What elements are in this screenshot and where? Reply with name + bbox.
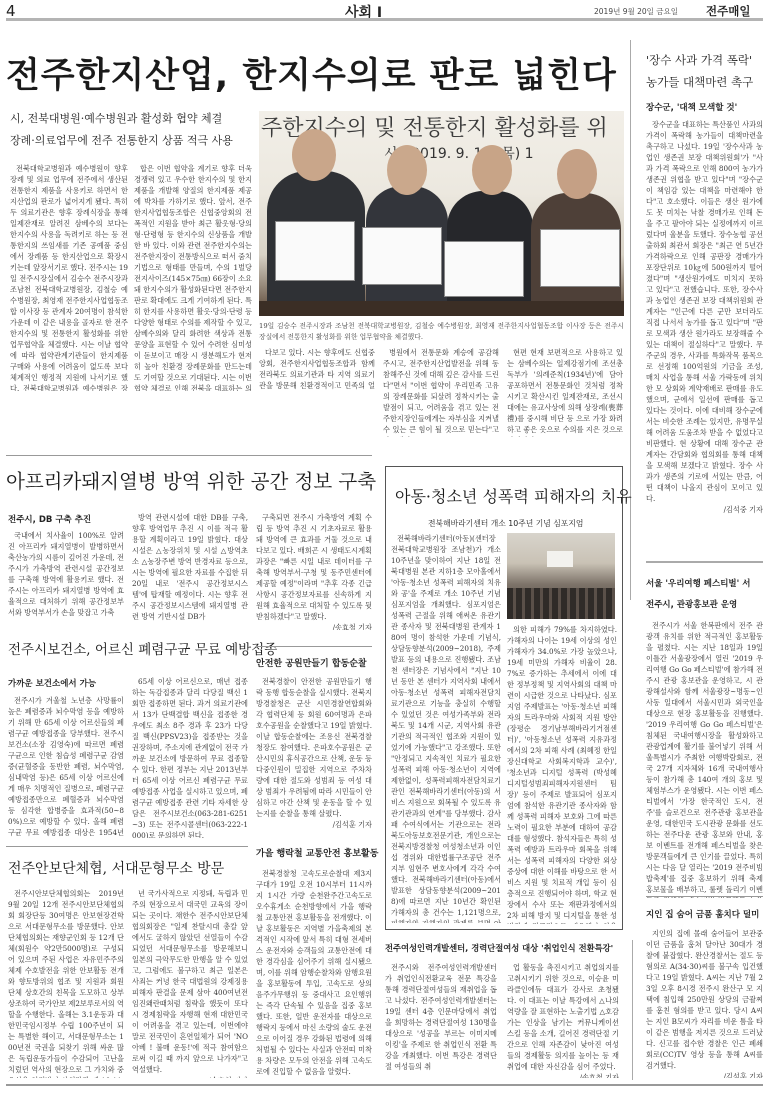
- child-headline: 아동·청소년 성폭력 피해자의 치유: [395, 484, 632, 507]
- traffic-body: 전북경찰청 고속도로순찰대 제3지구대가 19일 오전 10시부터 11시까지 …: [256, 868, 372, 1078]
- theft-top-rule: [646, 896, 763, 897]
- apple-headline-2: 농가들 대책마련 촉구: [646, 74, 753, 90]
- asf-headline: 아프리카돼지열병 방역 위한 공간 정보 구축: [6, 466, 376, 494]
- right-lower-divider: [632, 940, 633, 1080]
- security-col-2: 년 국가사적으로 지정돼, 독립과 민주의 현장으로서 대국민 교육의 장이 되…: [132, 888, 248, 1078]
- park-body: 전북경찰이 안전한 공원만들기 행락 동행 합동순찰을 실시했다. 전북지방경찰…: [256, 676, 372, 838]
- child-col-2: 의한 피해가 79%를 차지하였다. 가해자의 나이는 19세 이상의 성인 가…: [507, 624, 617, 924]
- vaccine-subhead: 가까운 보건소에서 가능: [8, 677, 96, 689]
- agreement-doc-4: [540, 229, 620, 287]
- theft-byline: /김석훈 기자: [646, 1071, 763, 1078]
- seoul-body: 전주시가 서울 한복판에서 전주 관광객 유치를 위한 적극적인 홍보활동을 펼…: [646, 620, 763, 898]
- main-col-5: 현편 현재 보편적으로 사용하고 있는 삼베수의는 일제강점기에 조선총독부가 …: [507, 347, 623, 437]
- projector-screen: [547, 551, 573, 567]
- agreement-doc-1: [275, 221, 355, 281]
- main-photo: 주한지수의 및 전통한지 활성화를 위 시 : 2019. 9. 19.(목) …: [259, 111, 624, 316]
- main-col-4: 병원에서 전통문화 계승에 공감해주시고, 전주한지산업발전을 위해 동참해주신…: [383, 347, 499, 437]
- audience: [507, 588, 615, 619]
- women-headline: 전주여성인력개발센터, 경력단절여성 대상 '취업인식 전환특강': [385, 942, 613, 954]
- person-3-head: [472, 145, 512, 195]
- vaccine-headline: 전주시보건소, 어르신 폐렴구균 무료 예방접종: [8, 638, 277, 658]
- person-1-head: [292, 129, 336, 181]
- park-byline: /김석훈 기자: [256, 819, 372, 830]
- sidebar-divider: [630, 40, 631, 600]
- apple-subhead: 장수군, '대책 모색할 것': [646, 101, 737, 113]
- apple-byline: /김석중 기자: [646, 504, 763, 515]
- agreement-doc-2: [362, 227, 442, 285]
- main-subhead-1: 시, 전북대병원·예수병원과 활성화 협약 체결: [10, 110, 222, 126]
- child-col-1: 전북해바라기센터(아동)(센터장 전북대학교병원장 조남천)가 개소 10주년을…: [391, 533, 501, 923]
- seoul-top-rule: [646, 561, 763, 563]
- women-col-1: 전주시와 전주여성인력개발센터가 취업인식전환교육 전문 특강을 통해 경력단절…: [385, 962, 497, 1078]
- table-edge: [259, 301, 624, 316]
- person-4-head: [557, 149, 597, 199]
- park-headline: 안전한 공원만들기 합동순찰: [256, 656, 367, 669]
- women-col-2: 업 활동을 촉진시키고 취업의지를 고취시키기 위한 것으로, 이승윤 미라클인…: [507, 962, 619, 1078]
- theft-body: 지인의 집에 몰래 숨어들어 보관중이던 금품을 훔쳐 달아난 30대가 경찰에…: [646, 928, 763, 1078]
- traffic-headline: 가을 행락철 교통안전 홍보활동: [256, 846, 378, 859]
- child-photo: [507, 533, 615, 619]
- main-photo-caption: 19일 김승수 전주시장과 조남천 전북대학교병원장, 김철승 예수병원장, 최…: [259, 321, 624, 345]
- person-2-head: [387, 145, 427, 195]
- issue-date: 2019년 9월 20일 금요일: [594, 6, 678, 17]
- security-col-1: 전주시안보단체협의회는 2019년 9월 20일 12개 전주시안보단체협의회 …: [8, 888, 124, 1078]
- main-headline: 전주한지산업, 한지수의로 판로 넓힌다: [6, 48, 617, 98]
- vaccine-col-2: 65세 이상 어르신으로, 매년 접종하는 독감접종과 달리 다당질 백신 1회…: [132, 676, 248, 838]
- apple-body: 장수군을 대표하는 특산품인 사과의 가격이 폭락해 농가들이 대책마련을 촉구…: [646, 119, 763, 544]
- asf-top-rule: [6, 455, 372, 456]
- asf-col-3: 구축되면 전주시 가축방역 계획 수립 등 방역 추진 시 기초자료로 활용돼 …: [256, 512, 372, 630]
- park-top-rule: [256, 646, 372, 647]
- main-subhead-2: 장례·의료업무에 전주 전통한지 상품 적극 사용: [10, 132, 233, 148]
- child-subhead: 전북해바라기센터 개소 10주년 기념 심포지엄: [428, 518, 583, 529]
- asf-col-2: 방역 관련시설에 대한 DB를 구축, 향후 방역업무 추진 시 이를 적극 활…: [132, 512, 248, 630]
- main-col-3: 다보고 있다. 시는 향후에도 신협중앙회, 전주한지사업협동조합과 함께 전라…: [259, 347, 375, 391]
- asf-col-1: 국내에서 치사율이 100%로 알려진 아프리카 돼지열병이 발병하면서 축산농…: [8, 530, 124, 630]
- asf-subhead: 전주시, DB 구축 추진: [8, 513, 91, 525]
- footer-rule: [6, 1084, 763, 1086]
- traffic-byline: /김석훈 기자: [256, 1077, 372, 1078]
- security-top-rule: [6, 846, 248, 847]
- main-col-2: 합은 이번 협약을 계기로 향후 더욱 경쟁력 있고 우수한 한지수의 및 한지…: [134, 163, 252, 391]
- apple-headline-1: '장수 사과 가격 폭락': [646, 52, 752, 68]
- women-byline: /송효철 기자: [507, 1072, 619, 1078]
- seoul-headline-1: 서울 '우리여행 페스티벌' 서: [646, 577, 750, 589]
- agreement-doc-3: [444, 241, 524, 297]
- asf-byline: /송효철 기자: [256, 622, 372, 630]
- seoul-headline-2: 전주시, 관광홍보관 운영: [646, 598, 737, 610]
- security-byline: /송효철 기자: [132, 1075, 248, 1078]
- theft-headline: 지인 집 숨어 금품 훔치다 덜미: [646, 908, 759, 920]
- header-rule: [6, 18, 763, 21]
- paper-name: 전주매일: [706, 3, 750, 19]
- vaccine-col-1: 전주시가 겨울철 노년층 사망률이 높은 폐렴증과 뇌수막염 등을 예방하기 위…: [8, 695, 124, 838]
- security-headline: 전주안보단체협, 서대문형무소 방문: [8, 858, 224, 878]
- main-col-1: 전북대학교병원과 예수병원이 향후 장례 및 의료 업무에 전주에서 생산된 전…: [10, 163, 128, 391]
